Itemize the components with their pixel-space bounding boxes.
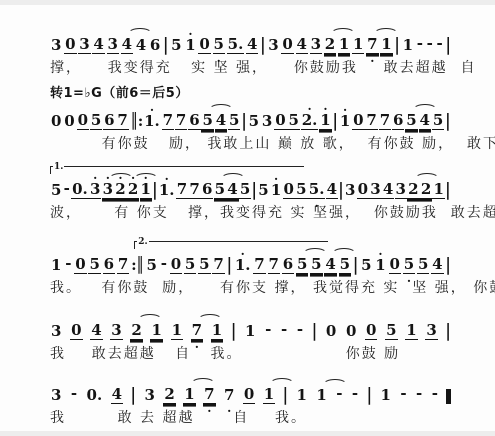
rest-token: 0 — [70, 323, 82, 340]
note-token: 7· — [223, 388, 235, 404]
note-token: 5 — [198, 257, 210, 274]
note-token: 4 — [215, 113, 227, 130]
note-token: 7 — [253, 257, 265, 274]
note-token: ·1. — [158, 183, 176, 199]
score: 30343446|5·105·5.4|30432117·1|1---|撑， 我变… — [50, 28, 451, 428]
notes-row: 3-0.4|3217·7·01|11--|1---‖ — [50, 378, 451, 404]
note-token: 7 — [379, 113, 391, 130]
note-token: 5 — [90, 113, 102, 130]
octave-dot-high: · — [150, 106, 154, 114]
volta-bracket: 1. — [50, 162, 451, 173]
note-token: 5. — [227, 37, 245, 54]
note-token: 7 — [116, 113, 128, 130]
octave-dot-high: · — [378, 250, 382, 258]
note-token: 7 — [365, 113, 377, 130]
note-token: 3 — [310, 37, 322, 54]
rest-token: 0 — [63, 114, 75, 130]
duration-dash: - — [415, 388, 423, 404]
rest-token: 0 — [74, 257, 86, 274]
note-token: 2 — [324, 37, 336, 54]
volta-label: 2. — [137, 237, 148, 248]
note-token: 3 — [267, 38, 279, 54]
notes-row: 30432117·1|1---|000513| — [50, 314, 451, 340]
note-token: 5 — [201, 113, 213, 130]
rest-token: 0 — [281, 37, 293, 54]
barline-single: | — [131, 388, 136, 404]
note-token: 5 — [310, 257, 322, 274]
barline-single: | — [367, 388, 372, 404]
octave-dot-high: · — [307, 105, 311, 113]
note-token: 4 — [92, 37, 104, 54]
note-token: 4 — [90, 323, 102, 340]
duration-dash: - — [416, 38, 424, 54]
notes-row: 1-0567:║5-0557|·1.7765545|5·105·54| — [50, 248, 451, 274]
system-4: 2.1-0567:║5-0557|·1.7765545|5·105·54|我。 … — [50, 237, 451, 296]
note-token: 4 — [431, 257, 443, 274]
octave-dot-high: · — [131, 174, 135, 182]
volta-label: 1. — [53, 162, 64, 173]
octave-dot-low: · — [315, 202, 319, 210]
note-token: 1 — [405, 323, 417, 340]
note-token: 4 — [324, 257, 336, 274]
note-token: 7 — [212, 257, 224, 274]
note-token: 3 — [110, 323, 122, 340]
note-token: 2 — [163, 387, 175, 404]
note-token: 7 — [175, 113, 187, 130]
octave-dot-high: · — [118, 174, 122, 182]
note-token: 1 — [171, 323, 183, 340]
note-token: 1 — [263, 387, 275, 404]
rest-token: 0 — [170, 257, 182, 274]
rest-token: 0 — [274, 113, 286, 130]
octave-dot-low: · — [407, 277, 411, 285]
notes-row: 30343446|5·105·5.4|30432117·1|1---| — [50, 28, 451, 54]
rest-token: 0 — [325, 324, 337, 340]
octave-dot-low: · — [195, 343, 199, 351]
page-top-margin — [0, 0, 495, 5]
duration-dash: - — [436, 38, 444, 54]
rest-token: 0 — [198, 37, 210, 54]
barline-single: | — [163, 38, 168, 54]
barline-single: | — [152, 183, 157, 199]
note-token: 1 — [352, 37, 364, 54]
note-token: 1 — [244, 324, 256, 340]
barline-single: | — [445, 38, 450, 54]
barline-single: | — [252, 183, 257, 199]
duration-dash: - — [426, 38, 434, 54]
barline-single: | — [394, 38, 399, 54]
rest-token: 0 — [243, 387, 255, 404]
note-token: 6 — [149, 38, 161, 54]
note-token: ·1 — [270, 183, 282, 199]
note-token: 4 — [246, 37, 258, 54]
notes-row: 5-0.·3·3·2·2·1|·1.776545|5·1055.·4|30343… — [50, 173, 451, 199]
page-bottom-margin — [0, 431, 495, 436]
rest-token: 0 — [50, 114, 62, 130]
duration-dash: - — [160, 258, 168, 274]
note-token: 5 — [170, 38, 182, 54]
lyrics-row: 有你鼓 励， 我敢上山 巅 放 歌， 有你鼓 励， 敢下海战 风 — [50, 133, 451, 152]
note-token: 7 — [188, 182, 200, 199]
barline-begin: ║: — [130, 114, 143, 130]
note-token: 1 — [338, 37, 350, 54]
note-token: 5.· — [308, 182, 326, 199]
note-token: 5 — [295, 182, 307, 199]
octave-dot-high: · — [343, 106, 347, 114]
note-token: 7· — [191, 323, 203, 340]
rest-token: 0. — [86, 388, 104, 404]
note-token: 4 — [121, 37, 133, 54]
note-token: 1 — [295, 388, 307, 404]
octave-dot-high: · — [93, 174, 97, 182]
note-token: ·2 — [114, 182, 126, 199]
duration-dash: - — [296, 324, 304, 340]
rest-token: 0 — [357, 182, 369, 199]
barline-single: | — [283, 388, 288, 404]
octave-dot-high: · — [106, 174, 110, 182]
note-token: 5 — [417, 257, 429, 274]
rest-token: 0 — [365, 323, 377, 340]
barline-single: | — [333, 114, 338, 130]
note-token: 5 — [287, 113, 299, 130]
note-token: 5 — [184, 257, 196, 274]
note-token: 4 — [382, 182, 394, 199]
octave-dot-high: · — [144, 174, 148, 182]
note-token: 4 — [226, 182, 238, 199]
octave-dot-low: · — [217, 57, 221, 65]
note-token: 3 — [369, 182, 381, 199]
note-token: 3 — [50, 38, 62, 54]
note-token: 5 — [214, 182, 226, 199]
barline-single: | — [445, 114, 450, 130]
system-3: 1.5-0.·3·3·2·2·1|·1.776545|5·1055.·4|303… — [50, 162, 451, 221]
note-token: 7· — [203, 387, 215, 404]
system-6: 3-0.4|3217·7·01|11--|1---‖我 敢 去 超越 自 我。 — [50, 378, 451, 426]
duration-dash: - — [264, 324, 272, 340]
note-token: 6 — [188, 113, 200, 130]
note-token: 6 — [103, 257, 115, 274]
note-token: ·3 — [89, 182, 101, 199]
note-token: 1 — [315, 388, 327, 404]
note-token: 1 — [183, 387, 195, 404]
lyrics-row: 我 敢 去 超越 自 我。 — [50, 407, 451, 426]
barline-single: | — [227, 258, 232, 274]
note-token: 4 — [135, 38, 147, 54]
duration-dash: - — [399, 388, 407, 404]
duration-dash: - — [64, 258, 72, 274]
note-token: 1 — [432, 182, 444, 199]
duration-dash: - — [280, 324, 288, 340]
barline-single: | — [260, 38, 265, 54]
duration-dash: - — [431, 388, 439, 404]
barline-single: | — [241, 114, 246, 130]
lyrics-row: 我 敢去超越 自 我。 你鼓 励 — [50, 343, 451, 362]
system-1: 30343446|5·105·5.4|30432117·1|1---|撑， 我变… — [50, 28, 451, 76]
note-token: 1 — [50, 258, 62, 274]
rest-token: 0 — [345, 324, 357, 340]
lyrics-row: 波， 有 你支 撑，我变得充 实 坚强， 你鼓励我 敢去超越 自 — [50, 202, 451, 221]
note-token: 5 — [360, 258, 372, 274]
note-token: 1 — [402, 38, 414, 54]
note-token: 5 — [405, 113, 417, 130]
note-token: 1 — [211, 323, 223, 340]
duration-dash: - — [63, 183, 71, 199]
note-token: 5 — [257, 183, 269, 199]
barline-single: | — [445, 324, 450, 340]
note-token: 7 — [162, 113, 174, 130]
note-token: 5 — [50, 183, 62, 199]
barline-single: | — [445, 258, 450, 274]
barline-single: | — [445, 183, 450, 199]
octave-dot-high: · — [241, 250, 245, 258]
note-token: 2 — [420, 182, 432, 199]
note-token: ·1 — [184, 38, 196, 54]
barline-single: | — [312, 324, 317, 340]
note-token: 6 — [201, 182, 213, 199]
note-token: ·2. — [301, 113, 319, 130]
rest-token: 0 — [283, 182, 295, 199]
rest-token: 0 — [352, 113, 364, 130]
volta-bracket: 2. — [50, 237, 451, 248]
note-token: 5 — [248, 114, 260, 130]
octave-dot-low: · — [207, 407, 211, 415]
note-token: 5 — [339, 257, 351, 274]
note-token: 4 — [111, 387, 123, 404]
note-token: ·1 — [319, 113, 331, 130]
note-token: 3 — [78, 37, 90, 54]
octave-dot-high: · — [165, 175, 169, 183]
lyrics-row: 撑， 我变得充 实 坚 强， 你鼓励我 敢去超越 自 我。 — [50, 57, 451, 76]
note-token: ·1 — [374, 258, 386, 274]
note-token: 1 — [380, 37, 392, 54]
note-token: 3 — [107, 37, 119, 54]
note-token: 5 — [296, 257, 308, 274]
note-token: 4 — [296, 37, 308, 54]
octave-dot-low: · — [370, 57, 374, 65]
note-token: ·1. — [143, 114, 161, 130]
note-token: 5 — [88, 257, 100, 274]
barline-final: ‖ — [446, 388, 451, 404]
note-token: 3 — [143, 388, 155, 404]
rest-token: 0 — [77, 113, 89, 130]
octave-dot-low: · — [227, 407, 231, 415]
note-token: 3 — [344, 183, 356, 199]
note-token: 5 — [145, 258, 157, 274]
sheet-music-page: { "page": {"background": "#fdfdfd", "ink… — [0, 0, 495, 436]
key-change-label: 转1=♭G（前6＝后5） — [50, 82, 451, 101]
note-token: 3 — [395, 182, 407, 199]
note-token: 1 — [150, 323, 162, 340]
octave-dot-high: · — [323, 105, 327, 113]
note-token: 5· — [213, 37, 225, 54]
note-token: 3 — [50, 388, 62, 404]
note-token: 5 — [228, 113, 240, 130]
note-token: 7 — [268, 257, 280, 274]
note-token: 3 — [50, 324, 62, 340]
rest-token: 0 — [64, 37, 76, 54]
note-token: ·1 — [140, 182, 152, 199]
barline-single: | — [353, 258, 358, 274]
note-token: 3 — [261, 114, 273, 130]
note-token: 4 — [419, 113, 431, 130]
barline-single: | — [231, 324, 236, 340]
octave-dot-high: · — [274, 175, 278, 183]
notes-row: 000567║:·1.776545|5305·2.·1|·10776545| — [50, 104, 451, 130]
rest-token: 0. — [71, 182, 89, 199]
note-token: 7· — [366, 37, 378, 54]
note-token: ·3 — [102, 182, 114, 199]
barline-single: | — [338, 183, 343, 199]
note-token: 6 — [392, 113, 404, 130]
note-token: 5 — [239, 182, 251, 199]
note-token: 3 — [425, 323, 437, 340]
note-token: 6 — [282, 257, 294, 274]
note-token: 4 — [326, 182, 338, 199]
note-token: 7 — [176, 182, 188, 199]
barline-end: :║ — [131, 258, 144, 274]
note-token: 5 — [432, 113, 444, 130]
note-token: ·2 — [127, 182, 139, 199]
duration-dash: - — [70, 388, 78, 404]
note-token: 7 — [117, 257, 129, 274]
note-token: ·1. — [234, 258, 252, 274]
note-token: 5 — [385, 323, 397, 340]
rest-token: 0 — [389, 257, 401, 274]
duration-dash: - — [335, 388, 343, 404]
note-token: 1 — [379, 388, 391, 404]
note-token: 2 — [407, 182, 419, 199]
note-token: ·1 — [339, 114, 351, 130]
note-token: 5· — [403, 257, 415, 274]
duration-dash: - — [351, 388, 359, 404]
note-token: 2 — [130, 323, 142, 340]
lyrics-row: 我。 有你鼓 励， 有你支 撑， 我觉得充 实 坚 强， 你鼓励 — [50, 277, 451, 296]
octave-dot-high: · — [188, 30, 192, 38]
system-5: 30432117·1|1---|000513|我 敢去超越 自 我。 你鼓 励 — [50, 314, 451, 362]
note-token: 6 — [103, 113, 115, 130]
system-2: 转1=♭G（前6＝后5）000567║:·1.776545|5305·2.·1|… — [50, 82, 451, 152]
